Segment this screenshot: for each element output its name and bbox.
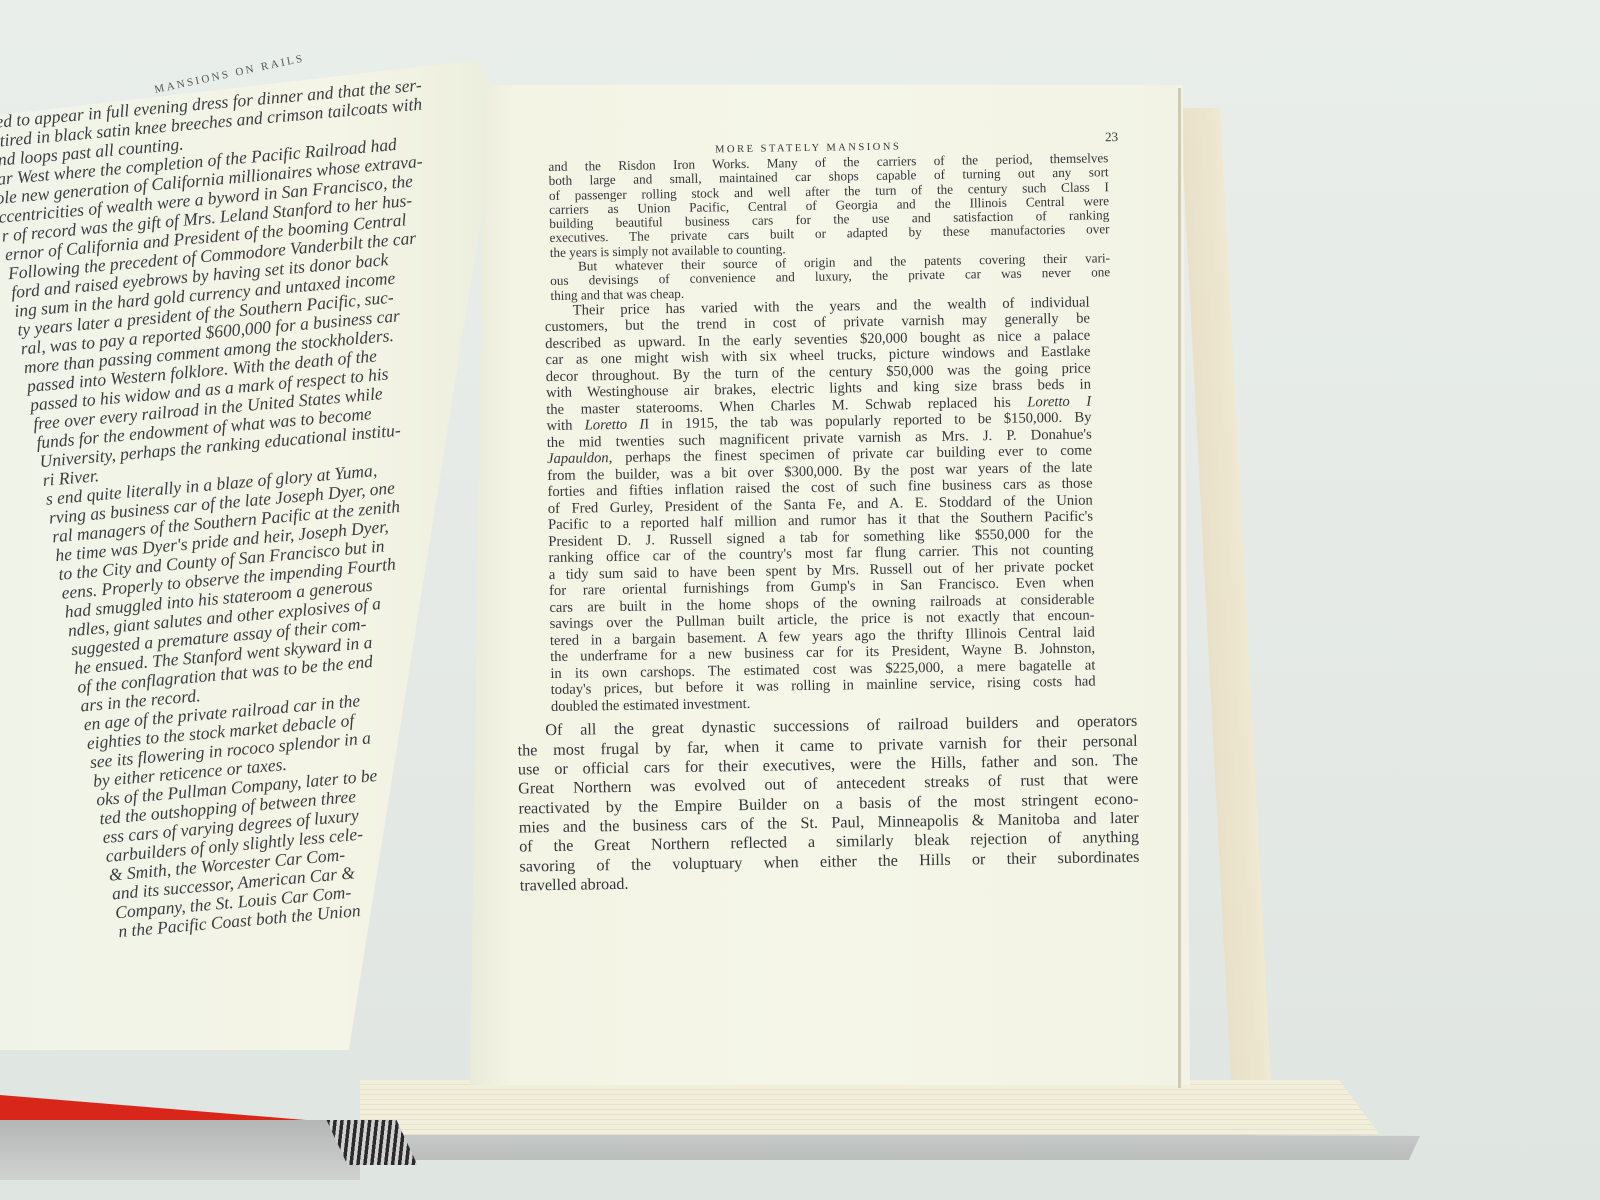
- left-page-text: MANSIONS ON RAILS cted to appear in full…: [0, 52, 493, 947]
- paragraph-1: and the Risdon Iron Works. Many of the c…: [548, 151, 1110, 260]
- right-page-text: MORE STATELY MANSIONS 23 and the Risdon …: [548, 129, 1120, 895]
- page-stack-edge: [360, 1080, 1380, 1135]
- left-page-lines: cted to appear in full evening dress for…: [0, 76, 493, 947]
- paragraph-3: Their price has varied with the years an…: [545, 294, 1096, 715]
- paragraph-4: Of all the great dynastic successions of…: [517, 712, 1140, 895]
- right-page-edge: [1178, 88, 1181, 1088]
- book-cover-inner: [0, 1120, 360, 1180]
- page-number: 23: [1105, 129, 1118, 145]
